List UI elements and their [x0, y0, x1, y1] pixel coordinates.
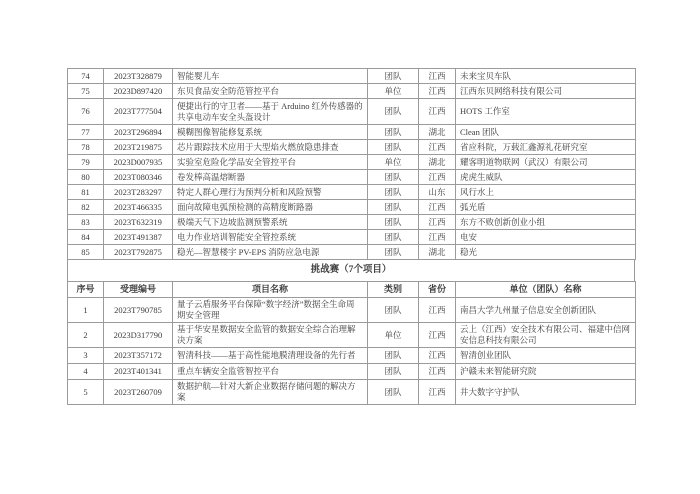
unit-name-cell: 江西东贝网络科技有限公司	[456, 84, 636, 99]
acceptance-no-cell: 2023T357172	[104, 348, 173, 364]
category-cell: 单位	[368, 155, 419, 170]
acceptance-no-cell: 2023T080346	[104, 170, 173, 185]
table-row: 2 2023D317790 基于华安星数据安全监管的数据安全综合治理解决方案 单…	[68, 323, 636, 348]
table-row: 75 2023D897420 东贝食品安全防范管控平台 单位 江西 江西东贝网络…	[68, 84, 636, 99]
unit-name-cell: 井大数字守护队	[456, 380, 636, 405]
header-unit-name: 单位（团队）名称	[456, 282, 636, 298]
acceptance-no-cell: 2023T491387	[104, 230, 173, 245]
table-row: 81 2023T283297 特定人群心理行为预判分析和风险预警 团队 山东 风…	[68, 185, 636, 200]
acceptance-no-cell: 2023D897420	[104, 84, 173, 99]
table-row: 76 2023T777504 便捷出行的守卫者——基于 Arduino 红外传感…	[68, 99, 636, 125]
row-no-cell: 75	[68, 84, 104, 99]
unit-name-cell: 智清创业团队	[456, 348, 636, 364]
province-cell: 江西	[419, 215, 456, 230]
row-no-cell: 82	[68, 200, 104, 215]
results-table-continuation: 74 2023T328879 智能婴儿车 团队 江西 未来宝贝车队 75 202…	[67, 68, 636, 260]
acceptance-no-cell: 2023T777504	[104, 99, 173, 125]
province-cell: 湖北	[419, 245, 456, 260]
category-cell: 团队	[368, 185, 419, 200]
row-no-cell: 83	[68, 215, 104, 230]
province-cell: 江西	[419, 230, 456, 245]
acceptance-no-cell: 2023D317790	[104, 323, 173, 348]
unit-name-cell: 云上（江西）安全技术有限公司、福建中信网安信息科技有限公司	[456, 323, 636, 348]
project-name-cell: 智能婴儿车	[173, 69, 368, 84]
acceptance-no-cell: 2023T632319	[104, 215, 173, 230]
province-cell: 江西	[419, 84, 456, 99]
project-name-cell: 数据护航—针对大新企业数据存储问题的解决方案	[173, 380, 368, 405]
row-no-cell: 4	[68, 364, 104, 380]
unit-name-cell: 弧光盾	[456, 200, 636, 215]
unit-name-cell: Clean 团队	[456, 125, 636, 140]
row-no-cell: 2	[68, 323, 104, 348]
table-row: 80 2023T080346 卷发棒高温熔断器 团队 江西 虎虎生威队	[68, 170, 636, 185]
row-no-cell: 74	[68, 69, 104, 84]
row-no-cell: 84	[68, 230, 104, 245]
province-cell: 江西	[419, 99, 456, 125]
province-cell: 江西	[419, 364, 456, 380]
table-row: 5 2023T260709 数据护航—针对大新企业数据存储问题的解决方案 团队 …	[68, 380, 636, 405]
table-row: 74 2023T328879 智能婴儿车 团队 江西 未来宝贝车队	[68, 69, 636, 84]
project-name-cell: 极端天气下边坡监测预警系统	[173, 215, 368, 230]
province-cell: 江西	[419, 348, 456, 364]
project-name-cell: 实验室危险化学品安全管控平台	[173, 155, 368, 170]
project-name-cell: 重点车辆安全监管智控平台	[173, 364, 368, 380]
table-row: 1 2023T790785 量子云盾服务平台保障“数字经济”数据全生命周期安全管…	[68, 298, 636, 323]
province-cell: 湖北	[419, 125, 456, 140]
category-cell: 团队	[368, 364, 419, 380]
challenge-section-title: 挑战赛（7个项目）	[67, 260, 635, 281]
category-cell: 团队	[368, 170, 419, 185]
category-cell: 团队	[368, 348, 419, 364]
category-cell: 团队	[368, 200, 419, 215]
row-no-cell: 81	[68, 185, 104, 200]
category-cell: 单位	[368, 84, 419, 99]
unit-name-cell: 电安	[456, 230, 636, 245]
project-name-cell: 模糊图像智能修复系统	[173, 125, 368, 140]
project-name-cell: 芯片跟踪技术应用于大型焰火燃放隐患排查	[173, 140, 368, 155]
category-cell: 团队	[368, 69, 419, 84]
category-cell: 团队	[368, 230, 419, 245]
header-project-name: 项目名称	[173, 282, 368, 298]
table-header-row: 序号 受理编号 项目名称 类别 省份 单位（团队）名称	[68, 282, 636, 298]
table-row: 84 2023T491387 电力作业培训智能安全管控系统 团队 江西 电安	[68, 230, 636, 245]
province-cell: 江西	[419, 298, 456, 323]
row-no-cell: 85	[68, 245, 104, 260]
acceptance-no-cell: 2023T790785	[104, 298, 173, 323]
project-name-cell: 量子云盾服务平台保障“数字经济”数据全生命周期安全管理	[173, 298, 368, 323]
unit-name-cell: 耀客明道物联网（武汉）有限公司	[456, 155, 636, 170]
category-cell: 团队	[368, 125, 419, 140]
acceptance-no-cell: 2023T792875	[104, 245, 173, 260]
category-cell: 团队	[368, 298, 419, 323]
project-name-cell: 面向故障电弧预检测的高精度断路器	[173, 200, 368, 215]
header-acceptance-no: 受理编号	[104, 282, 173, 298]
acceptance-no-cell: 2023D007935	[104, 155, 173, 170]
project-name-cell: 电力作业培训智能安全管控系统	[173, 230, 368, 245]
acceptance-no-cell: 2023T283297	[104, 185, 173, 200]
category-cell: 单位	[368, 323, 419, 348]
project-name-cell: 便捷出行的守卫者——基于 Arduino 红外传感器的共享电动车安全头盔设计	[173, 99, 368, 125]
challenge-table: 序号 受理编号 项目名称 类别 省份 单位（团队）名称 1 2023T79078…	[67, 281, 636, 405]
province-cell: 山东	[419, 185, 456, 200]
category-cell: 团队	[368, 245, 419, 260]
unit-name-cell: 虎虎生威队	[456, 170, 636, 185]
row-no-cell: 78	[68, 140, 104, 155]
category-cell: 团队	[368, 215, 419, 230]
table-row: 83 2023T632319 极端天气下边坡监测预警系统 团队 江西 东方不败创…	[68, 215, 636, 230]
table-row: 4 2023T401341 重点车辆安全监管智控平台 团队 江西 沪赣未来智能研…	[68, 364, 636, 380]
header-row-no: 序号	[68, 282, 104, 298]
project-name-cell: 东贝食品安全防范管控平台	[173, 84, 368, 99]
row-no-cell: 1	[68, 298, 104, 323]
row-no-cell: 76	[68, 99, 104, 125]
acceptance-no-cell: 2023T219875	[104, 140, 173, 155]
project-name-cell: 稳光—智慧楼宇 PV-EPS 消防应急电源	[173, 245, 368, 260]
province-cell: 江西	[419, 323, 456, 348]
unit-name-cell: 沪赣未来智能研究院	[456, 364, 636, 380]
table-row: 82 2023T466335 面向故障电弧预检测的高精度断路器 团队 江西 弧光…	[68, 200, 636, 215]
province-cell: 湖北	[419, 155, 456, 170]
document-page: 74 2023T328879 智能婴儿车 团队 江西 未来宝贝车队 75 202…	[67, 68, 635, 405]
row-no-cell: 77	[68, 125, 104, 140]
unit-name-cell: 未来宝贝车队	[456, 69, 636, 84]
acceptance-no-cell: 2023T328879	[104, 69, 173, 84]
table-row: 79 2023D007935 实验室危险化学品安全管控平台 单位 湖北 耀客明道…	[68, 155, 636, 170]
row-no-cell: 80	[68, 170, 104, 185]
table-row: 77 2023T296894 模糊图像智能修复系统 团队 湖北 Clean 团队	[68, 125, 636, 140]
acceptance-no-cell: 2023T466335	[104, 200, 173, 215]
acceptance-no-cell: 2023T401341	[104, 364, 173, 380]
header-category: 类别	[368, 282, 419, 298]
header-province: 省份	[419, 282, 456, 298]
province-cell: 江西	[419, 140, 456, 155]
row-no-cell: 79	[68, 155, 104, 170]
acceptance-no-cell: 2023T260709	[104, 380, 173, 405]
province-cell: 江西	[419, 200, 456, 215]
category-cell: 团队	[368, 380, 419, 405]
project-name-cell: 卷发棒高温熔断器	[173, 170, 368, 185]
province-cell: 江西	[419, 69, 456, 84]
unit-name-cell: 南昌大学九州量子信息安全创新团队	[456, 298, 636, 323]
project-name-cell: 特定人群心理行为预判分析和风险预警	[173, 185, 368, 200]
unit-name-cell: 省应科院，万载汇鑫源礼花研究室	[456, 140, 636, 155]
table-row: 3 2023T357172 智清科技——基于高性能地膜清理设备的先行者 团队 江…	[68, 348, 636, 364]
province-cell: 江西	[419, 380, 456, 405]
unit-name-cell: 稳光	[456, 245, 636, 260]
table-row: 78 2023T219875 芯片跟踪技术应用于大型焰火燃放隐患排查 团队 江西…	[68, 140, 636, 155]
row-no-cell: 5	[68, 380, 104, 405]
province-cell: 江西	[419, 170, 456, 185]
unit-name-cell: HOTS 工作室	[456, 99, 636, 125]
row-no-cell: 3	[68, 348, 104, 364]
acceptance-no-cell: 2023T296894	[104, 125, 173, 140]
project-name-cell: 智清科技——基于高性能地膜清理设备的先行者	[173, 348, 368, 364]
category-cell: 团队	[368, 140, 419, 155]
table-row: 85 2023T792875 稳光—智慧楼宇 PV-EPS 消防应急电源 团队 …	[68, 245, 636, 260]
unit-name-cell: 东方不败创新创业小组	[456, 215, 636, 230]
category-cell: 团队	[368, 99, 419, 125]
project-name-cell: 基于华安星数据安全监管的数据安全综合治理解决方案	[173, 323, 368, 348]
unit-name-cell: 风行水上	[456, 185, 636, 200]
